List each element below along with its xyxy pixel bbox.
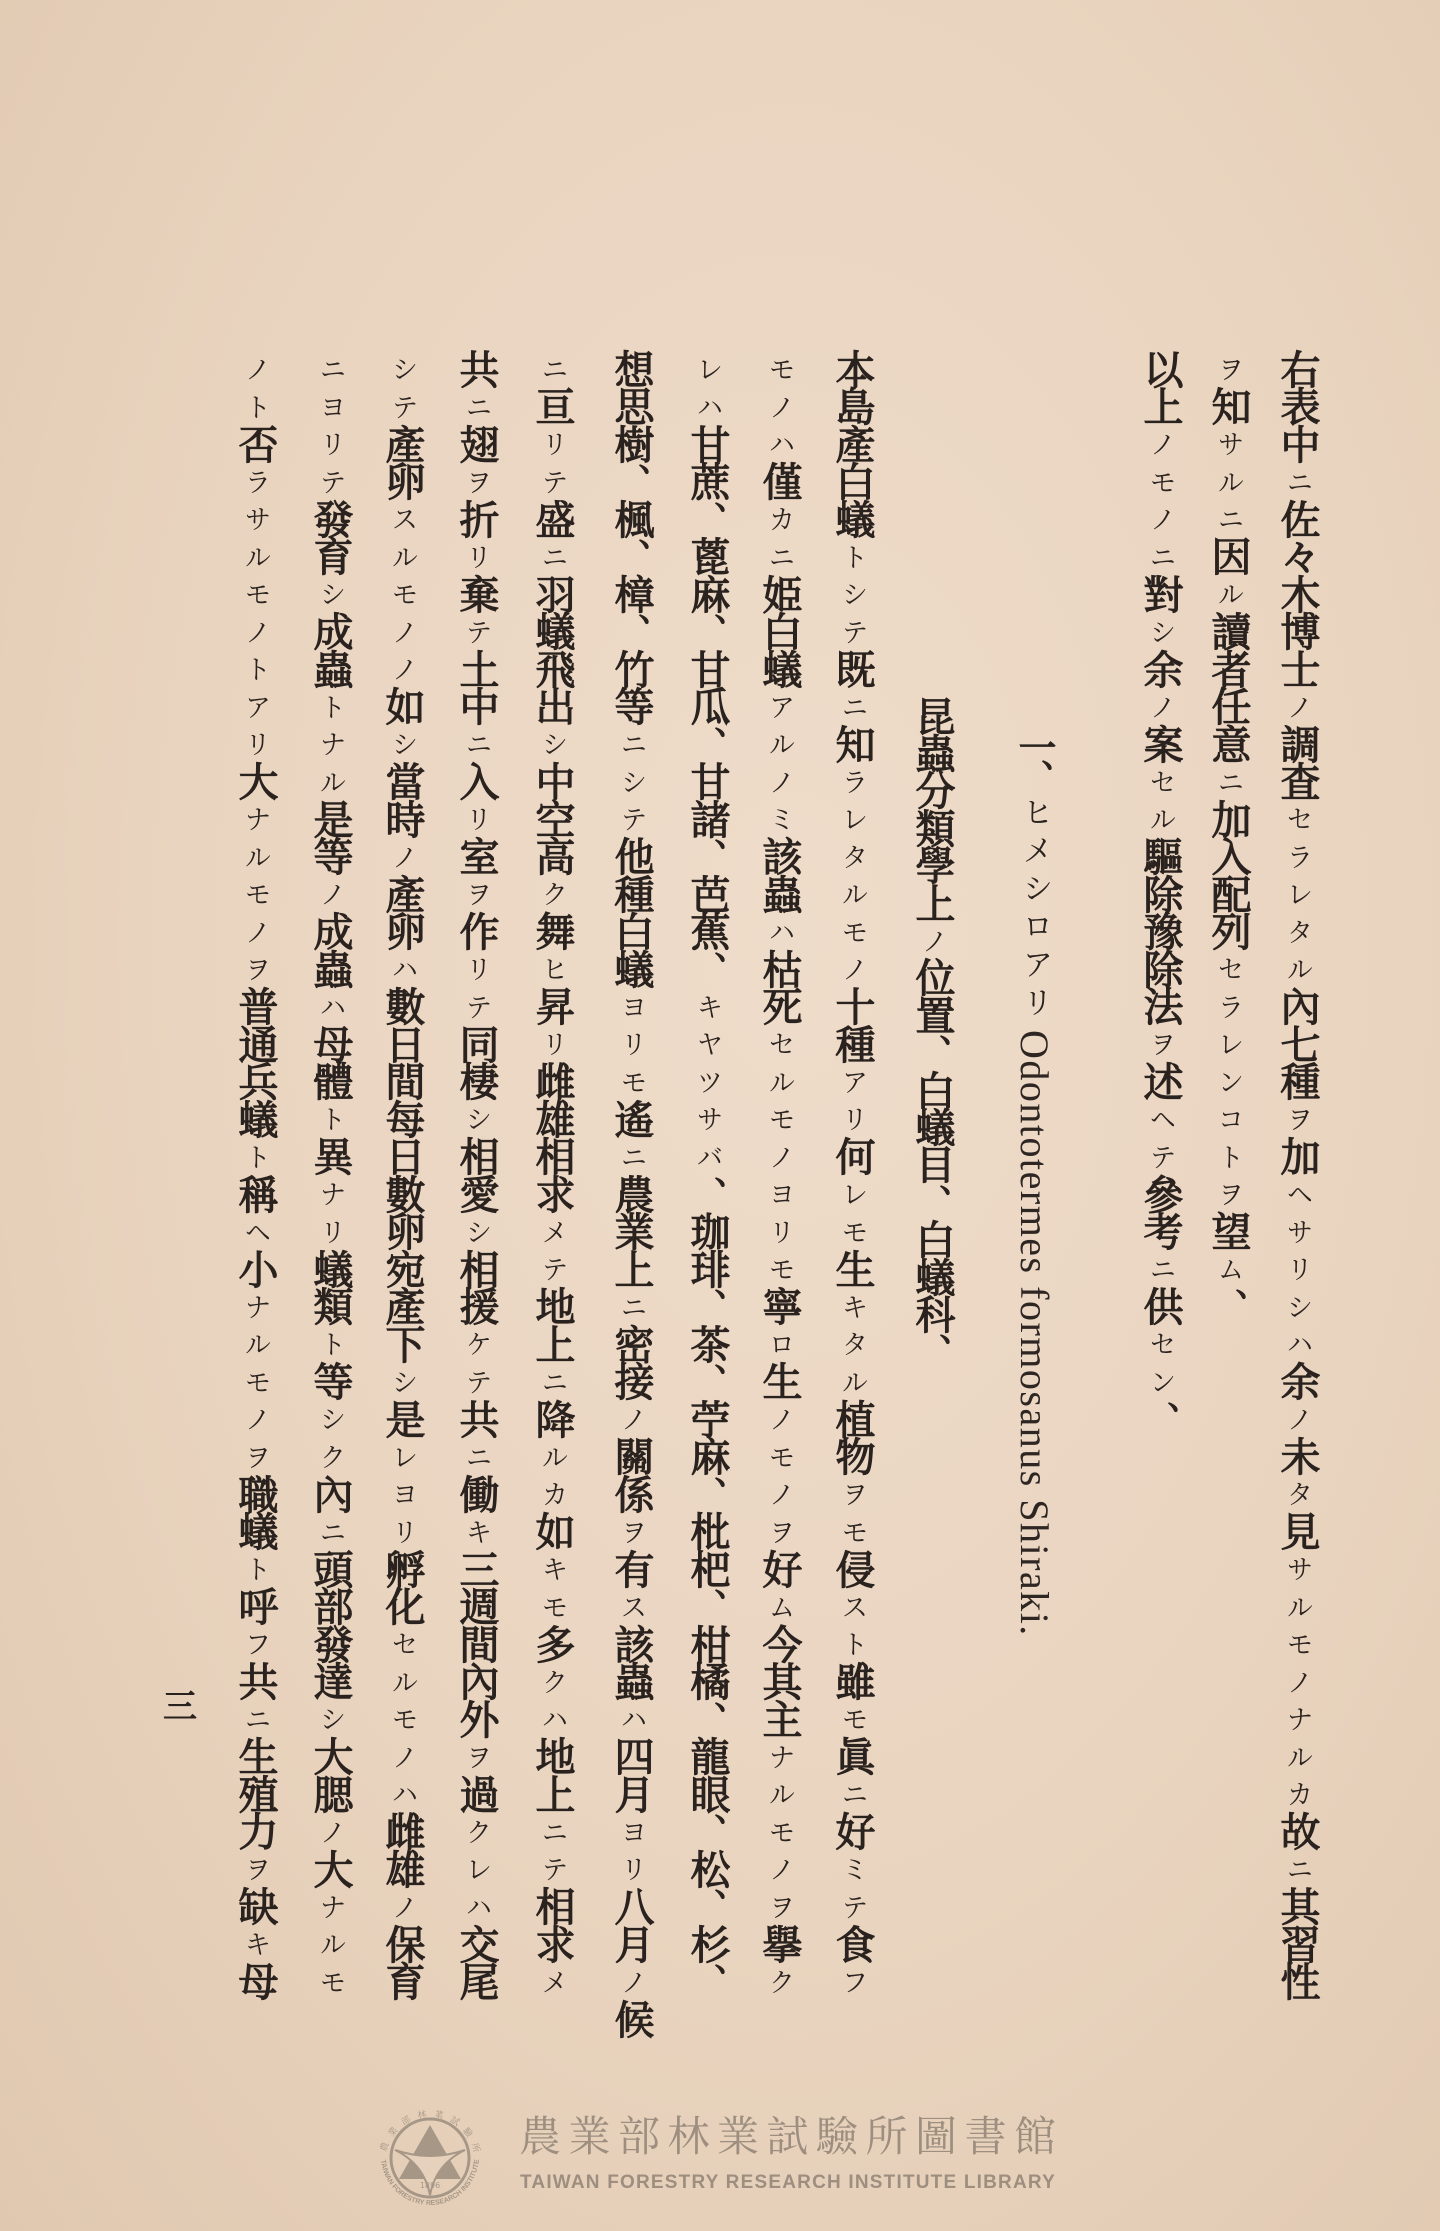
glyph: 性 xyxy=(1271,1963,1323,2001)
glyph: ス xyxy=(826,1588,878,1626)
glyph: 成 xyxy=(304,613,356,651)
glyph: 週 xyxy=(450,1588,502,1626)
glyph: メ xyxy=(1008,830,1060,868)
glyph: ノ xyxy=(753,388,805,426)
glyph: 知 xyxy=(1202,388,1254,426)
glyph: シ xyxy=(605,763,657,801)
glyph: 當 xyxy=(376,763,428,801)
glyph: ナ xyxy=(753,1738,805,1776)
glyph: ノ xyxy=(906,921,958,958)
glyph: 列 xyxy=(1202,913,1254,951)
glyph: 今 xyxy=(753,1625,805,1663)
glyph: 卵 xyxy=(376,913,428,951)
glyph: 種 xyxy=(1271,1063,1323,1101)
glyph: 折 xyxy=(450,500,502,538)
glyph: リ xyxy=(605,1850,657,1888)
glyph: 蔗 xyxy=(681,463,733,501)
glyph: カ xyxy=(753,500,805,538)
glyph: ノ xyxy=(753,1475,805,1513)
body-column-3: レハ甘蔗、蓖麻、甘瓜、甘諸、芭蕉、キヤツサバ、珈琲、茶、苧麻、枇杷、柑橘、龍眼、… xyxy=(681,350,733,2000)
glyph: ノ xyxy=(753,1138,805,1176)
glyph: タ xyxy=(826,1325,878,1363)
glyph: 農 xyxy=(605,1175,657,1213)
text-column: 共ニ翅ヲ折リ棄テ土中ニ入リ室ヲ作リテ同棲シ相愛シ相援ケテ共ニ働キ三週間內外ヲ過ク… xyxy=(450,350,502,2000)
glyph: 、 xyxy=(1202,1288,1254,1326)
glyph: 龍 xyxy=(681,1738,733,1776)
glyph: キ xyxy=(681,988,733,1026)
glyph: モ xyxy=(526,1588,578,1626)
glyph: 加 xyxy=(1202,800,1254,838)
glyph: 上 xyxy=(1134,388,1186,426)
glyph: 、 xyxy=(1134,1400,1186,1438)
glyph: 麻 xyxy=(681,1438,733,1476)
glyph: 除 xyxy=(1134,950,1186,988)
glyph: テ xyxy=(526,1250,578,1288)
glyph: 生 xyxy=(753,1363,805,1401)
body-column-9: ノト否ラサルモノトアリ大ナルモノヲ普通兵蟻ト稱ヘ小ナルモノヲ職蟻ト呼フ共ニ生殖力… xyxy=(229,350,281,2000)
glyph: ニ xyxy=(1271,463,1323,501)
glyph: 盛 xyxy=(526,500,578,538)
glyph: リ xyxy=(826,1100,878,1138)
glyph: 關 xyxy=(605,1438,657,1476)
glyph: ニ xyxy=(1271,1850,1323,1888)
glyph: 、 xyxy=(906,1183,958,1220)
glyph: 姫 xyxy=(753,575,805,613)
glyph: 宛 xyxy=(376,1250,428,1288)
glyph: モ xyxy=(826,1700,878,1738)
glyph: ル xyxy=(376,538,428,576)
glyph: ル xyxy=(753,1775,805,1813)
glyph: 產 xyxy=(376,1288,428,1326)
glyph: ハ xyxy=(304,988,356,1026)
glyph: 、 xyxy=(681,1363,733,1401)
glyph: 外 xyxy=(450,1700,502,1738)
glyph: ノ xyxy=(1134,425,1186,463)
glyph: 白 xyxy=(906,1220,958,1257)
glyph: 稱 xyxy=(229,1175,281,1213)
glyph: テ xyxy=(450,1363,502,1401)
glyph: ノ xyxy=(1271,1663,1323,1701)
species-name-latin: Odontotermes formosanus Shiraki. xyxy=(1012,1030,1056,1637)
glyph: 僅 xyxy=(753,463,805,501)
glyph: 等 xyxy=(304,1363,356,1401)
classification-column: 昆蟲分類學上ノ位置、白蟻目、白蟻科、 xyxy=(906,697,958,1370)
glyph: 卵 xyxy=(376,1213,428,1251)
glyph: 數 xyxy=(376,1175,428,1213)
glyph: シ xyxy=(526,725,578,763)
glyph: ハ xyxy=(753,425,805,463)
glyph: ノ xyxy=(1271,688,1323,726)
glyph: 部 xyxy=(304,1588,356,1626)
glyph: ニ xyxy=(526,1813,578,1851)
glyph: モ xyxy=(753,350,805,388)
glyph: ノ xyxy=(229,350,281,388)
glyph: 習 xyxy=(1271,1925,1323,1963)
glyph: 育 xyxy=(304,538,356,576)
glyph: ヲ xyxy=(450,875,502,913)
glyph: リ xyxy=(1008,982,1060,1020)
library-name-chinese: 農業部林業試驗所圖書館 xyxy=(519,2116,1064,2158)
glyph: 職 xyxy=(229,1475,281,1513)
glyph: リ xyxy=(1271,1250,1323,1288)
glyph: メ xyxy=(526,1963,578,2001)
text-column: 以上ノモノニ對シ余ノ案セル驅除豫除法ヲ述ヘテ參考ニ供セン、 xyxy=(1134,350,1186,1438)
glyph: 、 xyxy=(681,1475,733,1513)
glyph: 相 xyxy=(450,1250,502,1288)
glyph: ト xyxy=(229,388,281,426)
glyph: 一 xyxy=(1008,732,1060,762)
glyph: 蟻 xyxy=(906,1258,958,1295)
glyph: 地 xyxy=(526,1738,578,1776)
glyph: モ xyxy=(826,1513,878,1551)
glyph: 成 xyxy=(304,913,356,951)
page-number: 三 xyxy=(163,1690,197,1724)
glyph: ル xyxy=(1202,463,1254,501)
glyph: 室 xyxy=(450,838,502,876)
glyph: ノ xyxy=(605,1963,657,2001)
glyph: モ xyxy=(376,1700,428,1738)
glyph: ヲ xyxy=(753,1513,805,1551)
glyph: モ xyxy=(753,1100,805,1138)
glyph: ル xyxy=(753,1063,805,1101)
glyph: 地 xyxy=(526,1288,578,1326)
glyph: 甘 xyxy=(681,763,733,801)
glyph: 有 xyxy=(605,1550,657,1588)
glyph: 相 xyxy=(526,1888,578,1926)
glyph: モ xyxy=(229,1363,281,1401)
glyph: 死 xyxy=(753,988,805,1026)
glyph: ナ xyxy=(304,1888,356,1926)
glyph: 翅 xyxy=(450,425,502,463)
glyph: 密 xyxy=(605,1325,657,1363)
glyph: 白 xyxy=(605,913,657,951)
glyph: 働 xyxy=(450,1475,502,1513)
glyph: 眞 xyxy=(826,1738,878,1776)
glyph: 表 xyxy=(1271,388,1323,426)
top-note-column-2: ヲ知サルニ因ル讀者任意ニ加入配列セラレンコトヲ望ム、 xyxy=(1202,350,1254,1325)
glyph: 思 xyxy=(605,388,657,426)
glyph: 棄 xyxy=(450,575,502,613)
glyph: 博 xyxy=(1271,613,1323,651)
glyph: 珈 xyxy=(681,1213,733,1251)
glyph: 侵 xyxy=(826,1550,878,1588)
glyph: 、 xyxy=(605,613,657,651)
glyph: 雌 xyxy=(376,1813,428,1851)
glyph: 大 xyxy=(229,763,281,801)
glyph: ノ xyxy=(753,763,805,801)
glyph: ヲ xyxy=(229,1850,281,1888)
glyph: リ xyxy=(450,950,502,988)
text-column: シテ產卵スルモノノ如シ當時ノ產卵ハ數日間每日數卵宛產下シ是レヨリ孵化セルモノハ雌… xyxy=(376,350,428,2000)
glyph: 瓜 xyxy=(681,688,733,726)
glyph: ヲ xyxy=(1202,350,1254,388)
glyph: 、 xyxy=(605,463,657,501)
glyph: ラ xyxy=(1202,988,1254,1026)
glyph: ヘ xyxy=(1271,1175,1323,1213)
glyph: 降 xyxy=(526,1400,578,1438)
glyph: 月 xyxy=(605,1925,657,1963)
glyph: 候 xyxy=(605,2000,657,2038)
glyph: テ xyxy=(526,1850,578,1888)
glyph: ニ xyxy=(826,1775,878,1813)
glyph: モ xyxy=(376,575,428,613)
glyph: 案 xyxy=(1134,725,1186,763)
glyph: ハ xyxy=(681,388,733,426)
glyph: 亘 xyxy=(526,388,578,426)
glyph: ヨ xyxy=(605,1813,657,1851)
glyph: 白 xyxy=(753,613,805,651)
glyph: シ xyxy=(1008,868,1060,906)
glyph: 呼 xyxy=(229,1588,281,1626)
glyph: ア xyxy=(1008,944,1060,982)
glyph: 讀 xyxy=(1202,613,1254,651)
glyph: 蟲 xyxy=(906,734,958,771)
glyph: ヲ xyxy=(229,950,281,988)
glyph: ヨ xyxy=(605,988,657,1026)
glyph: 芭 xyxy=(681,875,733,913)
glyph: 棲 xyxy=(450,1063,502,1101)
glyph: 柑 xyxy=(681,1625,733,1663)
glyph: 、 xyxy=(681,1813,733,1851)
glyph: 係 xyxy=(605,1475,657,1513)
glyph: ノ xyxy=(753,1850,805,1888)
glyph: 上 xyxy=(526,1325,578,1363)
glyph: ト xyxy=(229,1550,281,1588)
glyph: ヲ xyxy=(1134,1025,1186,1063)
glyph: セ xyxy=(376,1625,428,1663)
library-logo-icon: 1896 農業部林業試驗所 TAIWAN FORESTRY RESEARCH I… xyxy=(370,2098,490,2218)
glyph: 、 xyxy=(681,1588,733,1626)
glyph: コ xyxy=(1202,1100,1254,1138)
glyph: ニ xyxy=(304,1513,356,1551)
glyph: 母 xyxy=(304,1025,356,1063)
glyph: 、 xyxy=(1008,762,1060,792)
glyph: ノ xyxy=(229,613,281,651)
glyph: 擧 xyxy=(753,1925,805,1963)
glyph: 體 xyxy=(304,1063,356,1101)
glyph: ヒ xyxy=(526,950,578,988)
glyph: 三 xyxy=(450,1550,502,1588)
glyph: 共 xyxy=(229,1663,281,1701)
glyph: 對 xyxy=(1134,575,1186,613)
glyph: モ xyxy=(304,1963,356,2001)
glyph: 昆 xyxy=(906,697,958,734)
glyph: 樹 xyxy=(605,425,657,463)
text-column: 右表中ニ佐々木博士ノ調査セラレタル內七種ヲ加ヘサリシハ余ノ未タ見サルモノナルカ故… xyxy=(1271,350,1323,2000)
glyph: 主 xyxy=(753,1700,805,1738)
glyph: 腮 xyxy=(304,1775,356,1813)
glyph: レ xyxy=(376,1438,428,1476)
glyph: 、 xyxy=(681,1700,733,1738)
glyph: リ xyxy=(304,1213,356,1251)
glyph: 過 xyxy=(450,1775,502,1813)
glyph: ノ xyxy=(605,1400,657,1438)
glyph: 上 xyxy=(605,1250,657,1288)
glyph: ヘ xyxy=(1134,1100,1186,1138)
glyph: 否 xyxy=(229,425,281,463)
glyph: 入 xyxy=(1202,838,1254,876)
glyph: ノ xyxy=(376,838,428,876)
glyph: ニ xyxy=(304,350,356,388)
glyph: リ xyxy=(450,800,502,838)
glyph: シ xyxy=(304,1400,356,1438)
glyph: ル xyxy=(526,1438,578,1476)
glyph: 故 xyxy=(1271,1813,1323,1851)
glyph: 飛 xyxy=(526,650,578,688)
glyph: モ xyxy=(826,913,878,951)
glyph: 內 xyxy=(1271,988,1323,1026)
glyph: 上 xyxy=(526,1775,578,1813)
glyph: タ xyxy=(1271,913,1323,951)
glyph: モ xyxy=(1271,1625,1323,1663)
text-column: 本島產白蟻トシテ既ニ知ラレタルモノ十種アリ何レモ生キタル植物ヲモ侵スト雖モ眞ニ好… xyxy=(826,350,878,2000)
glyph: シ xyxy=(1271,1288,1323,1326)
text-column: レハ甘蔗、蓖麻、甘瓜、甘諸、芭蕉、キヤツサバ、珈琲、茶、苧麻、枇杷、柑橘、龍眼、… xyxy=(681,350,733,2000)
glyph: ヨ xyxy=(753,1175,805,1213)
glyph: 發 xyxy=(304,500,356,538)
body-column-1: 本島產白蟻トシテ既ニ知ラレタルモノ十種アリ何レモ生キタル植物ヲモ侵スト雖モ眞ニ好… xyxy=(826,350,878,2000)
glyph: ム xyxy=(1202,1250,1254,1288)
glyph: ン xyxy=(1202,1063,1254,1101)
glyph: 甘 xyxy=(681,425,733,463)
glyph: 高 xyxy=(526,838,578,876)
glyph: リ xyxy=(753,1213,805,1251)
glyph: ニ xyxy=(1134,538,1186,576)
glyph: ミ xyxy=(753,800,805,838)
text-column: ニヨリテ發育シ成蟲トナル是等ノ成蟲ハ母體ト異ナリ蟻類ト等シク內ニ頭部發達シ大腮ノ… xyxy=(304,350,356,2000)
glyph: リ xyxy=(304,425,356,463)
glyph: キ xyxy=(229,1925,281,1963)
glyph: 尾 xyxy=(450,1963,502,2001)
glyph: ロ xyxy=(753,1325,805,1363)
glyph: ト xyxy=(304,1325,356,1363)
glyph: ハ xyxy=(526,1700,578,1738)
glyph: 杷 xyxy=(681,1550,733,1588)
glyph: ノ xyxy=(376,613,428,651)
glyph: ス xyxy=(605,1588,657,1626)
glyph: 、 xyxy=(681,950,733,988)
glyph: 眼 xyxy=(681,1775,733,1813)
glyph: ニ xyxy=(1134,1250,1186,1288)
glyph: ニ xyxy=(450,388,502,426)
glyph: 蟻 xyxy=(526,613,578,651)
glyph: 他 xyxy=(605,838,657,876)
body-column-7: シテ產卵スルモノノ如シ當時ノ產卵ハ數日間每日數卵宛產下シ是レヨリ孵化セルモノハ雌… xyxy=(376,350,428,2000)
glyph: テ xyxy=(376,388,428,426)
glyph: 苧 xyxy=(681,1400,733,1438)
glyph: モ xyxy=(826,1213,878,1251)
glyph: 生 xyxy=(826,1250,878,1288)
glyph: 接 xyxy=(605,1363,657,1401)
glyph: モ xyxy=(753,1438,805,1476)
glyph: 、 xyxy=(681,613,733,651)
glyph: ル xyxy=(229,538,281,576)
glyph: 意 xyxy=(1202,725,1254,763)
glyph: ル xyxy=(1271,1738,1323,1776)
glyph: 調 xyxy=(1271,725,1323,763)
text-column: ヲ知サルニ因ル讀者任意ニ加入配列セラレンコトヲ望ム、 xyxy=(1202,350,1254,1325)
glyph: 間 xyxy=(450,1625,502,1663)
glyph: 作 xyxy=(450,913,502,951)
glyph: 多 xyxy=(526,1625,578,1663)
glyph: ル xyxy=(1202,575,1254,613)
glyph: ハ xyxy=(605,1700,657,1738)
glyph: 雖 xyxy=(826,1663,878,1701)
glyph: 、 xyxy=(681,725,733,763)
glyph: 是 xyxy=(376,1400,428,1438)
text-column: ノト否ラサルモノトアリ大ナルモノヲ普通兵蟻ト稱ヘ小ナルモノヲ職蟻ト呼フ共ニ生殖力… xyxy=(229,350,281,2000)
glyph: 頭 xyxy=(304,1550,356,1588)
glyph: 求 xyxy=(526,1175,578,1213)
glyph: ス xyxy=(376,500,428,538)
glyph: レ xyxy=(826,800,878,838)
glyph: ヘ xyxy=(229,1213,281,1251)
glyph: リ xyxy=(450,538,502,576)
glyph: 以 xyxy=(1134,350,1186,388)
glyph: ヲ xyxy=(450,463,502,501)
glyph: 蟲 xyxy=(753,875,805,913)
glyph: 其 xyxy=(753,1663,805,1701)
glyph: 育 xyxy=(376,1963,428,2001)
glyph: ノ xyxy=(753,1400,805,1438)
glyph: ニ xyxy=(526,350,578,388)
glyph: 知 xyxy=(826,725,878,763)
glyph: 缺 xyxy=(229,1888,281,1926)
glyph: 、 xyxy=(681,1175,733,1213)
glyph: ル xyxy=(376,1663,428,1701)
glyph: サ xyxy=(229,500,281,538)
glyph: 月 xyxy=(605,1775,657,1813)
glyph: 雄 xyxy=(526,1100,578,1138)
glyph: 甘 xyxy=(681,650,733,688)
glyph: 佐 xyxy=(1271,500,1323,538)
glyph: 八 xyxy=(605,1888,657,1926)
glyph: 參 xyxy=(1134,1175,1186,1213)
glyph: 保 xyxy=(376,1925,428,1963)
glyph: テ xyxy=(526,463,578,501)
glyph: 植 xyxy=(826,1400,878,1438)
glyph: ル xyxy=(1271,1588,1323,1626)
glyph: サ xyxy=(1271,1550,1323,1588)
glyph: ニ xyxy=(826,688,878,726)
glyph: 卵 xyxy=(376,463,428,501)
glyph: 蟻 xyxy=(753,650,805,688)
glyph: カ xyxy=(1271,1775,1323,1813)
glyph: 內 xyxy=(304,1475,356,1513)
glyph: ノ xyxy=(826,950,878,988)
glyph: 、 xyxy=(681,1963,733,2001)
glyph: 孵 xyxy=(376,1550,428,1588)
glyph: ロ xyxy=(1008,906,1060,944)
glyph: ニ xyxy=(526,538,578,576)
library-name-english: TAIWAN FORESTRY RESEARCH INSTITUTE LIBRA… xyxy=(520,2173,1056,2192)
glyph: 昇 xyxy=(526,988,578,1026)
glyph: シ xyxy=(304,1700,356,1738)
glyph: ク xyxy=(526,1663,578,1701)
glyph: レ xyxy=(450,1850,502,1888)
glyph: セ xyxy=(753,1025,805,1063)
glyph: サ xyxy=(1271,1213,1323,1251)
glyph: 母 xyxy=(229,1963,281,2001)
glyph: モ xyxy=(605,1063,657,1101)
glyph: ヲ xyxy=(229,1438,281,1476)
glyph: 通 xyxy=(229,1025,281,1063)
glyph: 、 xyxy=(681,1888,733,1926)
glyph: ア xyxy=(753,688,805,726)
glyph: 々 xyxy=(1271,538,1323,576)
glyph: 何 xyxy=(826,1138,878,1176)
glyph: 下 xyxy=(376,1325,428,1363)
